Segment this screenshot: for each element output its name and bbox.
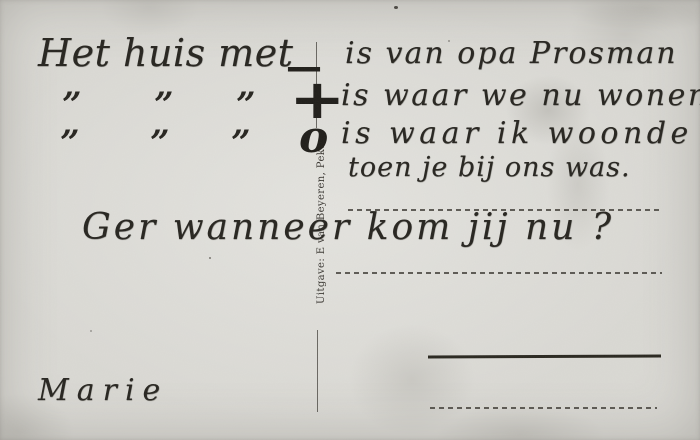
- ditto-mark: ”: [60, 126, 80, 160]
- handwritten-question: Ger wanneer kom jij nu ?: [82, 210, 614, 246]
- circle-symbol: o: [299, 116, 328, 160]
- solid-address-line: [428, 354, 661, 358]
- handwritten-line4-meaning: toen je bij ons was.: [348, 154, 631, 181]
- ink-speck: [209, 257, 211, 259]
- handwritten-line1-subject: Het huis met: [38, 34, 293, 72]
- ditto-mark: ”: [231, 126, 251, 160]
- ditto-mark: ”: [62, 88, 82, 122]
- dashed-address-line-3: [430, 407, 657, 409]
- ink-speck: [90, 330, 92, 332]
- handwritten-line3-meaning: is waar ik woonde: [341, 119, 693, 149]
- ditto-mark: ”: [154, 88, 174, 122]
- dashed-address-line-2: [336, 272, 662, 274]
- handwritten-line1-meaning: is van opa Prosman: [345, 39, 678, 69]
- signature: Marie: [38, 376, 168, 406]
- ink-speck: [448, 40, 450, 42]
- postcard-back: Uitgave: E van Beyeren, Peka Het huis me…: [0, 0, 700, 440]
- ditto-mark: ”: [236, 88, 256, 122]
- ink-speck: [394, 6, 398, 9]
- ditto-mark: ”: [150, 126, 170, 160]
- handwritten-line2-meaning: is waar we nu wonen: [341, 81, 700, 111]
- center-divider-line-bottom: [317, 330, 318, 412]
